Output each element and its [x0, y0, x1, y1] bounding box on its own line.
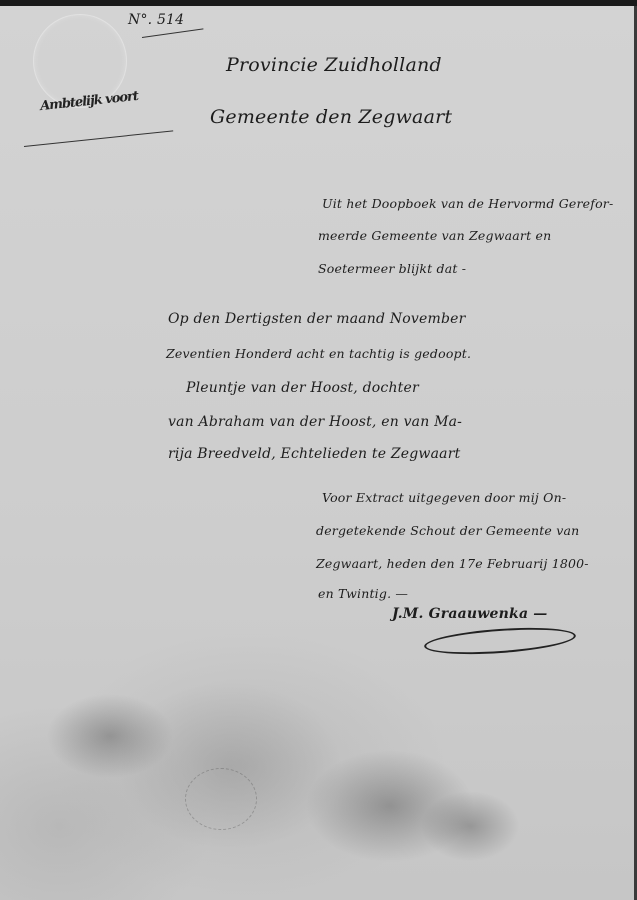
attestation-line: dergetekende Schout der Gemeente van — [316, 523, 579, 538]
attestation-line: Zegwaart, heden den 17e Februarij 1800- — [316, 556, 589, 571]
document-number: N°. 514 — [128, 12, 184, 28]
intro-line: meerde Gemeente van Zegwaart en — [318, 228, 551, 243]
record-line: van Abraham van der Hoost, en van Ma- — [168, 414, 462, 430]
record-line: Op den Dertigsten der maand November — [168, 311, 466, 327]
intro-line: Soetermeer blijkt dat - — [318, 261, 466, 276]
record-line: rija Breedveld, Echtelieden te Zegwaart — [168, 446, 460, 462]
municipality-heading: Gemeente den Zegwaart — [210, 106, 452, 128]
intro-line: Uit het Doopboek van de Hervormd Gerefor… — [322, 196, 613, 211]
attestation-line: Voor Extract uitgegeven door mij On- — [322, 490, 566, 505]
margin-rule — [24, 130, 173, 147]
province-heading: Provincie Zuidholland — [226, 54, 442, 76]
number-underline — [142, 28, 204, 38]
attestation-line: en Twintig. — — [318, 586, 408, 601]
official-signature: J.M. Graauwenka — — [392, 606, 548, 622]
signature-flourish — [423, 624, 576, 659]
record-line: Pleuntje van der Hoost, dochter — [186, 380, 419, 396]
record-line: Zeventien Honderd acht en tachtig is ged… — [166, 346, 471, 361]
document-page: N°. 514 Ambtelijk voort Provincie Zuidho… — [0, 6, 634, 900]
faded-stamp — [185, 768, 257, 830]
